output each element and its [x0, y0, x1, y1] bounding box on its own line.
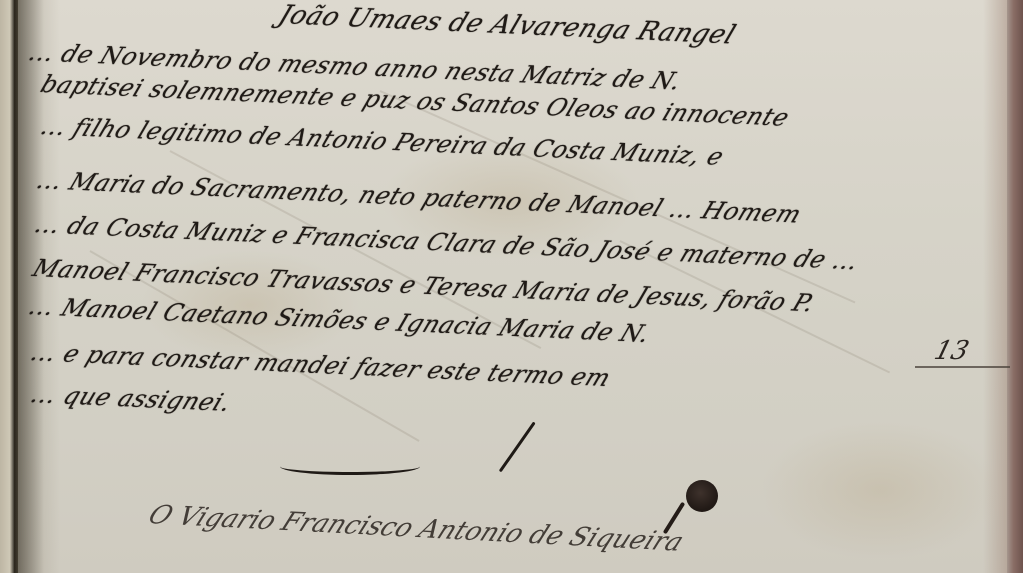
closing-flourish	[280, 458, 420, 475]
text-line-9: ... que assignei.	[27, 380, 236, 417]
header-name: João Umaes de Alvarenga Rangel	[274, 0, 740, 50]
pen-stroke	[499, 421, 536, 472]
manuscript-page: João Umaes de Alvarenga Rangel ... de No…	[0, 0, 1023, 573]
ink-blot-icon	[686, 480, 718, 512]
priest-signature: O Vigario Francisco Antonio de Siqueira	[144, 500, 688, 557]
entry-number: 13	[931, 336, 972, 366]
page-edge	[1007, 0, 1023, 573]
margin-rule	[915, 366, 1010, 368]
gutter-shadow	[14, 0, 44, 573]
paper-stain	[760, 420, 1000, 560]
